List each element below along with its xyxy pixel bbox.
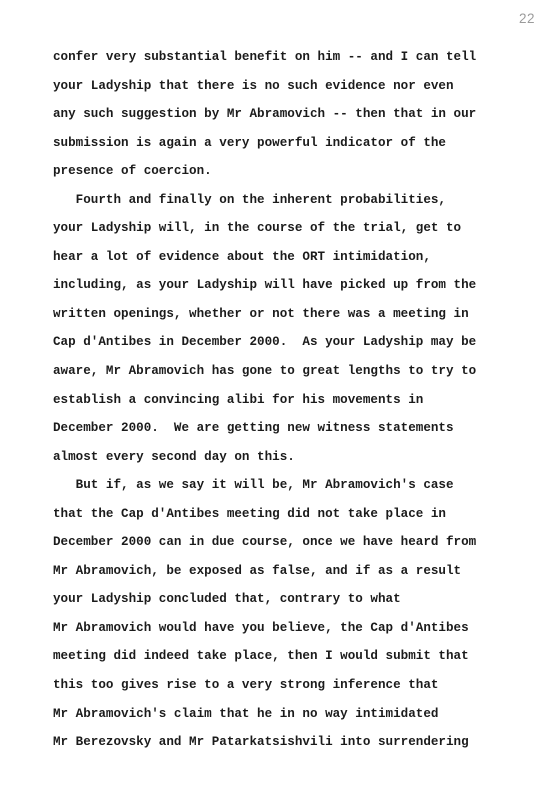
transcript-line: submission is again a very powerful indi…: [53, 129, 533, 158]
transcript-text: confer very substantial benefit on him -…: [53, 43, 533, 757]
transcript-line: meeting did indeed take place, then I wo…: [53, 642, 533, 671]
transcript-line: aware, Mr Abramovich has gone to great l…: [53, 357, 533, 386]
transcript-line: Mr Berezovsky and Mr Patarkatsishvili in…: [53, 728, 533, 757]
transcript-page: 22 confer very substantial benefit on hi…: [0, 0, 558, 789]
transcript-line: Mr Abramovich's claim that he in no way …: [53, 700, 533, 729]
transcript-line: written openings, whether or not there w…: [53, 300, 533, 329]
transcript-line: your Ladyship will, in the course of the…: [53, 214, 533, 243]
transcript-line: hear a lot of evidence about the ORT int…: [53, 243, 533, 272]
transcript-line: almost every second day on this.: [53, 443, 533, 472]
transcript-line: that the Cap d'Antibes meeting did not t…: [53, 500, 533, 529]
transcript-line: Mr Abramovich, be exposed as false, and …: [53, 557, 533, 586]
transcript-line: December 2000. We are getting new witnes…: [53, 414, 533, 443]
transcript-line: December 2000 can in due course, once we…: [53, 528, 533, 557]
transcript-line: But if, as we say it will be, Mr Abramov…: [53, 471, 533, 500]
transcript-line: this too gives rise to a very strong inf…: [53, 671, 533, 700]
transcript-line: presence of coercion.: [53, 157, 533, 186]
transcript-line: confer very substantial benefit on him -…: [53, 43, 533, 72]
transcript-line: Mr Abramovich would have you believe, th…: [53, 614, 533, 643]
transcript-line: Cap d'Antibes in December 2000. As your …: [53, 328, 533, 357]
transcript-line: your Ladyship that there is no such evid…: [53, 72, 533, 101]
page-number: 22: [519, 11, 535, 26]
transcript-line: any such suggestion by Mr Abramovich -- …: [53, 100, 533, 129]
transcript-line: your Ladyship concluded that, contrary t…: [53, 585, 533, 614]
transcript-line: Fourth and finally on the inherent proba…: [53, 186, 533, 215]
transcript-line: establish a convincing alibi for his mov…: [53, 386, 533, 415]
transcript-line: including, as your Ladyship will have pi…: [53, 271, 533, 300]
